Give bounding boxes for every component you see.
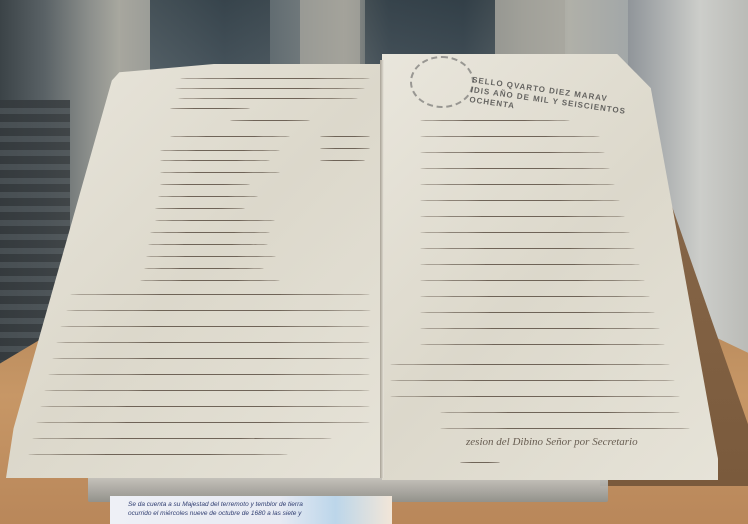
placard-line-2: ocurrido el miércoles nueve de octubre d…: [110, 509, 392, 518]
placard-line-1: Se da cuenta a su Majestad del terremoto…: [110, 496, 392, 509]
royal-seal-stamp: [410, 56, 474, 108]
last-line-text: zesion del Dibino Señor por Secretario: [466, 436, 638, 448]
photo-scene: SELLO QVARTO DIEZ MARAV IDIS AÑO DE MIL …: [0, 0, 748, 524]
exhibit-placard: Se da cuenta a su Majestad del terremoto…: [110, 496, 392, 524]
book-gutter: [380, 60, 384, 478]
